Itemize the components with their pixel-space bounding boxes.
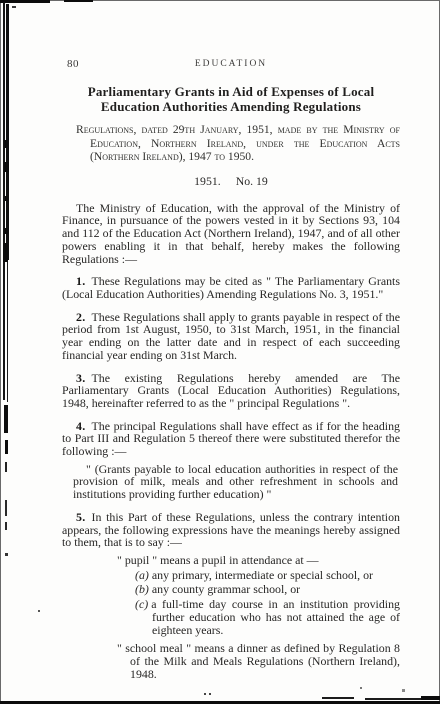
scan-artifact-bottom-segment — [322, 697, 354, 699]
scan-artifact-speck — [12, 6, 16, 8]
regulation-2: 2.These Regulations shall apply to grant… — [62, 311, 400, 362]
regulation-5: 5.In this Part of these Regulations, unl… — [62, 511, 400, 549]
item-c-label: (c) — [135, 597, 148, 611]
regulation-3-text: The existing Regulations hereby amended … — [62, 371, 400, 410]
document-reference: 1951.No. 19 — [62, 174, 400, 189]
document-year: 1951. — [194, 174, 221, 188]
item-a-text: any primary, intermediate or special sch… — [152, 568, 373, 582]
regulation-1: 1.These Regulations may be cited as " Th… — [62, 275, 400, 300]
scan-artifact-blob — [5, 500, 7, 516]
running-header: 80 EDUCATION — [62, 58, 400, 71]
regulation-4: 4.The principal Regulations shall have e… — [62, 420, 400, 458]
scan-artifact-speck — [402, 689, 405, 692]
definition-pupil-item-a: (a)any primary, intermediate or special … — [62, 569, 400, 582]
scan-artifact-top-bar — [0, 0, 50, 3]
scan-artifact-binding-line-3 — [7, 260, 9, 402]
scan-artifact-blob — [5, 522, 7, 530]
regulation-3: 3.The existing Regulations hereby amende… — [62, 372, 400, 410]
enacting-paragraph: The Ministry of Education, with the appr… — [62, 202, 400, 266]
item-a-label: (a) — [135, 568, 149, 582]
regulation-5-text: In this Part of these Regulations, unles… — [62, 510, 400, 549]
scan-artifact-blob — [3, 243, 8, 262]
running-head-title: EDUCATION — [62, 59, 400, 69]
regulation-2-text: These Regulations shall apply to grants … — [62, 310, 400, 362]
document-number: No. 19 — [236, 174, 268, 188]
definition-pupil: " pupil " means a pupil in attendance at… — [117, 554, 400, 567]
scan-artifact-speck — [204, 693, 206, 695]
definition-school-meal: " school meal " means a dinner as define… — [62, 642, 400, 681]
scan-artifact-blob — [5, 553, 8, 556]
scan-artifact-top-bar-2 — [64, 0, 93, 2]
regulation-4-text: The principal Regulations shall have eff… — [62, 419, 400, 458]
scan-artifact-speck — [38, 610, 40, 612]
scan-artifact-blob — [5, 462, 7, 472]
item-c-text: a full-time day course in an institution… — [151, 597, 400, 637]
scan-artifact-blob — [4, 405, 8, 433]
scan-artifact-blob — [4, 228, 8, 234]
regulation-1-text: These Regulations may be cited as " The … — [62, 274, 400, 301]
scan-artifact-blob — [4, 140, 8, 148]
definition-pupil-item-b: (b)any county grammar school, or — [62, 583, 400, 596]
definition-pupil-item-c: (c)a full-time day course in an institut… — [62, 598, 400, 636]
preamble-rubric: Regulations, dated 29th January, 1951, m… — [62, 123, 400, 164]
scan-artifact-bottom-segment — [421, 696, 440, 700]
scanned-page: 80 EDUCATION Parliamentary Grants in Aid… — [0, 0, 440, 704]
scan-artifact-blob — [5, 196, 8, 201]
scan-artifact-binding-line-2 — [6, 4, 9, 260]
scan-artifact-blob — [5, 440, 8, 454]
substituted-heading-quote: " (Grants payable to local education aut… — [62, 463, 400, 501]
scan-artifact-speck — [209, 693, 211, 695]
scan-artifact-binding-line — [3, 2, 5, 400]
scan-artifact-blob — [4, 162, 9, 172]
document-title: Parliamentary Grants in Aid of Expenses … — [62, 84, 400, 114]
item-b-label: (b) — [135, 582, 149, 596]
item-b-text: any county grammar school, or — [152, 582, 300, 596]
scan-artifact-bottom-segment — [365, 698, 421, 700]
scan-artifact-speck — [360, 687, 362, 689]
page-content: 80 EDUCATION Parliamentary Grants in Aid… — [62, 58, 400, 681]
